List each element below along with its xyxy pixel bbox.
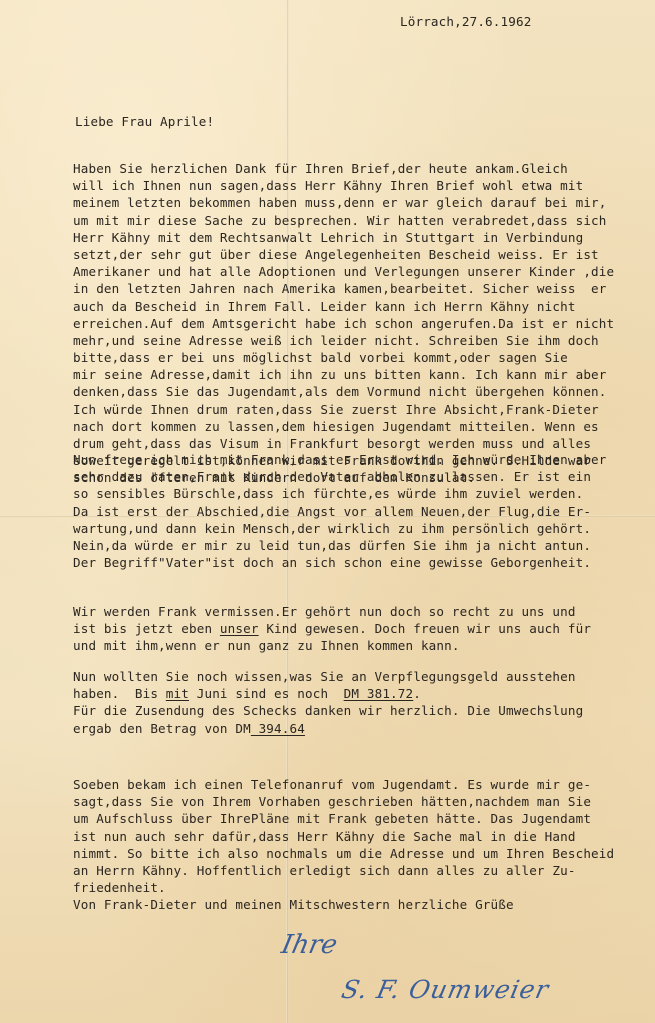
- text-line: meinem letzten bekommen haben muss,denn …: [73, 194, 614, 211]
- text-line: mir seine Adresse,damit ich ihn zu uns b…: [73, 366, 614, 383]
- text-line: Wir werden Frank vermissen.Er gehört nun…: [73, 603, 591, 620]
- text-line: so sensibles Bürschle,dass ich fürchte,e…: [73, 485, 607, 502]
- underlined-text: 394.64: [251, 721, 305, 736]
- text-line: nach dort kommen zu lassen,dem hiesigen …: [73, 418, 614, 435]
- text-line: Herr Kähny mit dem Rechtsanwalt Lehrich …: [73, 229, 614, 246]
- text-line: friedenheit.: [73, 879, 614, 896]
- text-line: Der Begriff"Vater"ist doch an sich schon…: [73, 554, 607, 571]
- underlined-text: mit: [166, 686, 189, 701]
- text-line: ergab den Betrag von DM 394.64: [73, 720, 583, 737]
- text-line: ist nun auch sehr dafür,dass Herr Kähny …: [73, 828, 614, 845]
- text-line: bitte,dass er bei uns möglichst bald vor…: [73, 349, 614, 366]
- text-line: um mit mir diese Sache zu besprechen. Wi…: [73, 212, 614, 229]
- text-line: auch da Bescheid in Ihrem Fall. Leider k…: [73, 298, 614, 315]
- text-line: Für die Zusendung des Schecks danken wir…: [73, 702, 583, 719]
- handwritten-signature: S. F. Oumweier: [339, 975, 552, 1004]
- underlined-text: unser: [220, 621, 259, 636]
- text-line: an Herrn Kähny. Hoffentlich erledigt sic…: [73, 862, 614, 879]
- text-line: sehr dazu raten,Frank durch den Vater ab…: [73, 468, 607, 485]
- salutation: Liebe Frau Aprile!: [75, 114, 214, 129]
- text-line: ist bis jetzt eben unser Kind gewesen. D…: [73, 620, 591, 637]
- text-line: Nun freue ich mich mit Frank,dass es Ern…: [73, 451, 607, 468]
- text-line: sagt,dass Sie von Ihrem Vorhaben geschri…: [73, 793, 614, 810]
- handwritten-closing: Ihre: [279, 930, 340, 960]
- paragraph-3: Wir werden Frank vermissen.Er gehört nun…: [73, 603, 591, 655]
- text-line: Da ist erst der Abschied,die Angst vor a…: [73, 503, 607, 520]
- paragraph-5: Soeben bekam ich einen Telefonanruf vom …: [73, 776, 614, 914]
- paragraph-1: Haben Sie herzlichen Dank für Ihren Brie…: [73, 160, 614, 487]
- text-line: haben. Bis mit Juni sind es noch DM 381.…: [73, 685, 583, 702]
- text-line: will ich Ihnen nun sagen,dass Herr Kähny…: [73, 177, 614, 194]
- text-line: wartung,und dann kein Mensch,der wirklic…: [73, 520, 607, 537]
- text-line: setzt,der sehr gut über diese Angelegenh…: [73, 246, 614, 263]
- text-line: denken,dass Sie das Jugendamt,als dem Vo…: [73, 383, 614, 400]
- paragraph-2: Nun freue ich mich mit Frank,dass es Ern…: [73, 451, 607, 571]
- text-line: um Aufschluss über IhrePläne mit Frank g…: [73, 810, 614, 827]
- paragraph-4: Nun wollten Sie noch wissen,was Sie an V…: [73, 668, 583, 737]
- text-line: Von Frank-Dieter und meinen Mitschwester…: [73, 896, 614, 913]
- underlined-text: DM 381.72: [344, 686, 414, 701]
- text-line: erreichen.Auf dem Amtsgericht habe ich s…: [73, 315, 614, 332]
- place-date: Lörrach,27.6.1962: [400, 14, 531, 29]
- text-line: Haben Sie herzlichen Dank für Ihren Brie…: [73, 160, 614, 177]
- text-line: Nein,da würde er mir zu leid tun,das dür…: [73, 537, 607, 554]
- text-line: in den letzten Jahren nach Amerika kamen…: [73, 280, 614, 297]
- text-line: drum geht,dass das Visum in Frankfurt be…: [73, 435, 614, 452]
- text-line: Soeben bekam ich einen Telefonanruf vom …: [73, 776, 614, 793]
- text-line: mehr,und seine Adresse weiß ich leider n…: [73, 332, 614, 349]
- text-line: und mit ihm,wenn er nun ganz zu Ihnen ko…: [73, 637, 591, 654]
- text-line: Nun wollten Sie noch wissen,was Sie an V…: [73, 668, 583, 685]
- text-line: nimmt. So bitte ich also nochmals um die…: [73, 845, 614, 862]
- text-line: Amerikaner und hat alle Adoptionen und V…: [73, 263, 614, 280]
- text-line: Ich würde Ihnen drum raten,dass Sie zuer…: [73, 401, 614, 418]
